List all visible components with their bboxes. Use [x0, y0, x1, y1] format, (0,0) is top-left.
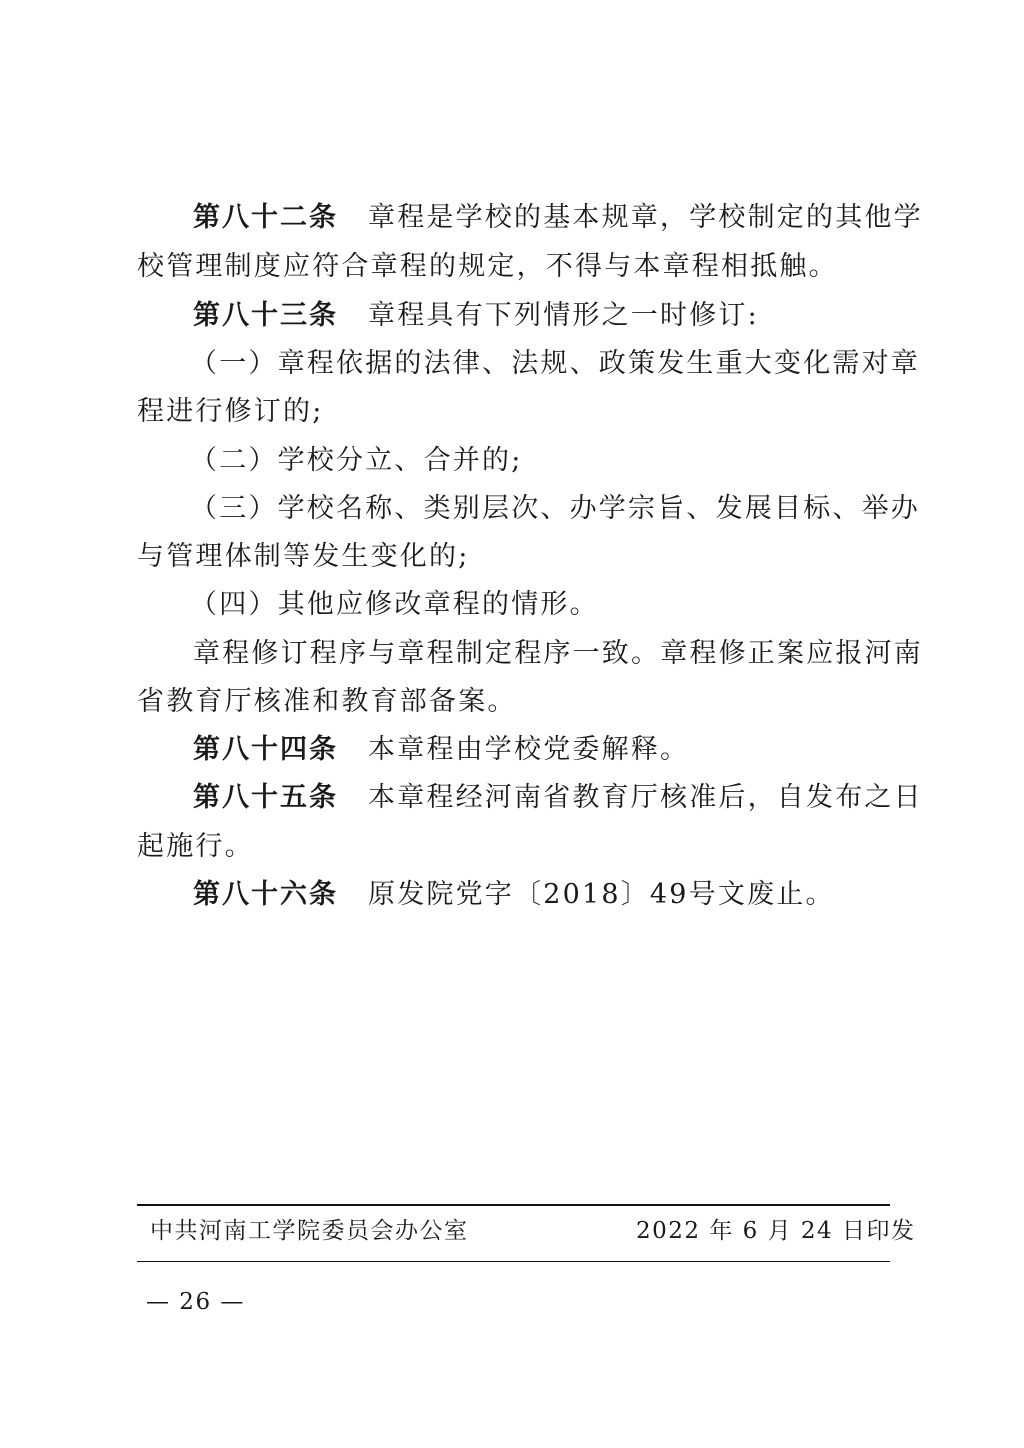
article-86: 第八十六条原发院党字〔2018〕49号文废止。: [193, 880, 835, 910]
article-83: 第八十三条章程具有下列情形之一时修订:: [193, 301, 759, 331]
page-number: — 26 —: [146, 1289, 245, 1315]
issue-date: 2022 年 6 月 24 日印发: [636, 1218, 916, 1244]
article-heading: 第八十二条: [193, 202, 338, 233]
list-item-2: （二）学校分立、合并的;: [190, 446, 523, 476]
article-82-continued: 校管理制度应符合章程的规定，不得与本章程相抵触。: [137, 252, 838, 282]
list-item-3: （三）学校名称、类别层次、办学宗旨、发展目标、举办: [190, 494, 920, 524]
article-heading: 第八十四条: [193, 734, 338, 765]
footer-bottom-rule: [137, 1261, 890, 1262]
list-item-1: （一）章程依据的法律、法规、政策发生重大变化需对章: [190, 349, 920, 379]
list-item-4: （四）其他应修改章程的情形。: [190, 590, 599, 620]
list-item-1-continued: 程进行修订的;: [137, 397, 324, 427]
article-84: 第八十四条本章程由学校党委解释。: [193, 735, 689, 765]
article-85: 第八十五条本章程经河南省教育厅核准后，自发布之日: [193, 783, 923, 813]
article-heading: 第八十五条: [193, 782, 338, 813]
procedure-paragraph-continued: 省教育厅核准和教育部备案。: [137, 687, 517, 717]
article-heading: 第八十六条: [193, 879, 338, 910]
footer-top-rule: [137, 1204, 890, 1206]
article-text: 本章程由学校党委解释。: [368, 734, 689, 765]
article-text: 章程具有下列情形之一时修订:: [368, 300, 759, 331]
article-85-continued: 起施行。: [137, 832, 254, 862]
list-item-3-continued: 与管理体制等发生变化的;: [137, 542, 470, 572]
article-text: 本章程经河南省教育厅核准后，自发布之日: [368, 782, 923, 813]
procedure-paragraph: 章程修订程序与章程制定程序一致。章程修正案应报河南: [193, 639, 923, 669]
article-text: 原发院党字〔2018〕49号文废止。: [368, 879, 835, 910]
article-82: 第八十二条章程是学校的基本规章，学校制定的其他学: [193, 203, 923, 233]
article-text: 章程是学校的基本规章，学校制定的其他学: [368, 202, 923, 233]
issuer: 中共河南工学院委员会办公室: [150, 1218, 469, 1244]
article-heading: 第八十三条: [193, 300, 338, 331]
